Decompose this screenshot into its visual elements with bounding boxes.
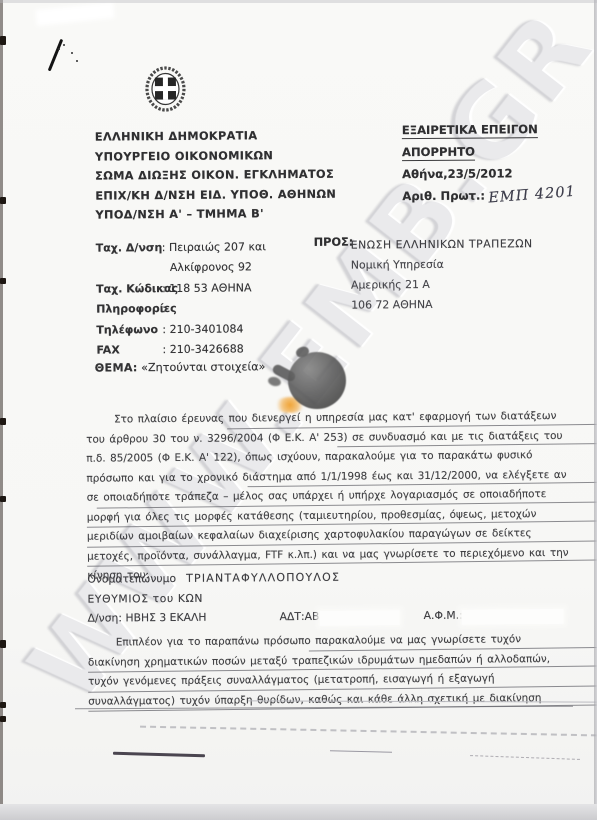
protocol-line: Αριθ. Πρωτ.:ΕΜΠ 4201: [402, 184, 592, 207]
body-line-text: διακίνηση χρηματικών ποσών μεταξύ τραπεζ…: [88, 653, 550, 669]
hellenic-republic-emblem-icon: [143, 64, 187, 116]
header-right-block: ΕΞΑΙΡΕΤΙΚΑ ΕΠΕΙΓΟΝ ΑΠΟΡΡΗΤΟ Αθήνα,23/5/2…: [402, 118, 593, 207]
bomb-body-icon: [288, 352, 346, 409]
contact-row: Ταχ. Κώδικας: 118 53 ΑΘΗΝΑ: [96, 278, 311, 300]
agency-line: ΥΠΟΔ/ΝΣΗ Α' – ΤΜΗΜΑ Β': [95, 204, 336, 225]
person-name-row: ΟνοματεπώνυμοΤΡΙΑΝΤΑΦΥΛΛΟΠΟΥΛΟΣ: [87, 571, 340, 586]
agency-line: ΕΛΛΗΝΙΚΗ ΔΗΜΟΚΡΑΤΙΑ: [95, 126, 336, 147]
body-paragraph-1: Στο πλαίσιο έρευνας που διενεργεί η υπηρ…: [86, 407, 589, 586]
recipient-lines: ΕΝΩΣΗ ΕΛΛΗΝΙΚΩΝ ΤΡΑΠΕΖΩΝΝομική ΥπηρεσίαΑ…: [351, 234, 534, 315]
body-line-text: μεριδίων αμοιβαίων κεφαλαίων διαχείρισης…: [87, 527, 532, 542]
subject-label: ΘΕΜΑ:: [95, 361, 138, 374]
body-line-text: τυχόν γενόμενες πράξεις συναλλάγματος (μ…: [88, 672, 494, 687]
body-line-text: πρόσωπο και για το χρονικό διάστημα από …: [86, 468, 566, 484]
person-firstname-row: ΕΥΘΥΜΙΟΣ του ΚΩΝ: [87, 591, 203, 605]
recipient-line: Νομική Υπηρεσία: [351, 254, 533, 275]
contact-info-block: Ταχ. Δ/νση: Πειραιώς 207 καιΑλκίφρονος 9…: [96, 237, 312, 361]
agency-header-block: ΕΛΛΗΝΙΚΗ ΔΗΜΟΚΡΑΤΙΑΥΠΟΥΡΓΕΙΟ ΟΙΚΟΝΟΜΙΚΩΝ…: [95, 126, 337, 226]
scanned-document-page: WWW.EMB.GR ΕΛΛΗΝΙΚΗ ΔΗΜΟΚΡΑΤΙΑΥΠΟΥΡΓΕΙΟ …: [0, 0, 597, 820]
contact-value: : Πειραιώς 207 και: [162, 237, 266, 258]
contact-label: [96, 258, 162, 279]
agency-line: ΥΠΟΥΡΓΕΙΟ ΟΙΚΟΝΟΜΙΚΩΝ: [95, 145, 336, 166]
person-surname: ΤΡΙΑΝΤΑΦΥΛΛΟΠΟΥΛΟΣ: [186, 571, 340, 585]
body-paragraph-2: Επιπλέον για το παραπάνω πρόσωπο παρακαλ…: [88, 630, 591, 712]
contact-label: Πληροφορίες: [96, 299, 162, 320]
redaction-id-number: [320, 610, 400, 626]
recipient-line: 106 72 ΑΘΗΝΑ: [351, 294, 533, 315]
confidentiality-label: ΑΠΟΡΡΗΤΟ: [402, 140, 592, 163]
protocol-label: Αριθ. Πρωτ.:: [402, 189, 485, 204]
agency-line: ΣΩΜΑ ΔΙΩΞΗΣ ΟΙΚΟΝ. ΕΓΚΛΗΜΑΤΟΣ: [95, 165, 336, 186]
contact-row: Πληροφορίες:: [96, 298, 311, 320]
recipient-line: ΕΝΩΣΗ ΕΛΛΗΝΙΚΩΝ ΤΡΑΠΕΖΩΝ: [351, 234, 533, 255]
urgency-label: ΕΞΑΙΡΕΤΙΚΑ ΕΠΕΙΓΟΝ: [402, 118, 592, 141]
protocol-number-handwritten: ΕΜΠ 4201: [487, 181, 576, 210]
contact-value: : 210-3426688: [162, 339, 243, 360]
recipient-block: ΠΡΟΣ: ΕΝΩΣΗ ΕΛΛΗΝΙΚΩΝ ΤΡΑΠΕΖΩΝΝομική Υπη…: [314, 234, 574, 236]
contact-row: Ταχ. Δ/νση: Πειραιώς 207 και: [96, 237, 311, 259]
body-line-text: του άρθρου 30 του ν. 3296/2004 (Φ Ε.Κ. Α…: [86, 429, 562, 445]
body-line-text: σε οποιαδήποτε τράπεζα – μέλος σας υπάρχ…: [87, 488, 547, 504]
redaction-tax-number: [462, 609, 564, 625]
contact-value: Αλκίφρονος 92: [162, 258, 252, 279]
person-address-row: Δ/νση: ΗΒΗΣ 3 ΕΚΑΛΗ ΑΔΤ:ΑΒ Α.Φ.Μ.:: [88, 608, 588, 625]
agency-line: ΕΠΙΧ/ΚΗ Δ/ΝΣΗ ΕΙΔ. ΥΠΟΘ. ΑΘΗΝΩΝ: [95, 184, 336, 205]
contact-row: Αλκίφρονος 92: [96, 257, 311, 279]
person-id-label: ΑΔΤ:ΑΒ: [280, 610, 320, 623]
bomb-fuse-tip-icon: [267, 375, 282, 387]
contact-label: FAX: [96, 340, 162, 361]
body-line-text: μορφή για όλες τις μορφές κατάθεσης (ταμ…: [87, 508, 537, 524]
body-line-text: π.δ. 85/2005 (Φ Ε.Κ. Α' 122), όπως ισχύο…: [86, 449, 532, 465]
bomb-stamp-graphic: [268, 344, 368, 424]
contact-value: :: [162, 299, 166, 319]
contact-value: : 118 53 ΑΘΗΝΑ: [162, 278, 252, 299]
contact-label: Ταχ. Δ/νση: [96, 238, 162, 259]
person-address: Δ/νση: ΗΒΗΣ 3 ΕΚΑΛΗ: [88, 611, 207, 625]
contact-label: Ταχ. Κώδικας: [96, 279, 162, 300]
recipient-label: ΠΡΟΣ:: [314, 236, 354, 249]
body-line-text: συναλλάγματος) τυχόν ύπαρξη θυρίδων, καθ…: [88, 692, 541, 708]
person-name-label: Ονοματεπώνυμο: [87, 572, 176, 586]
contact-label: Τηλέφωνο: [96, 320, 162, 341]
body-line: συναλλάγματος) τυχόν ύπαρξη θυρίδων, καθ…: [88, 688, 590, 711]
body-line-text: Επιπλέον για το παραπάνω πρόσωπο παρακαλ…: [116, 633, 521, 648]
person-tax-label: Α.Φ.Μ.:: [424, 609, 463, 622]
subject-text: «Ζητούνται στοιχεία»: [138, 360, 266, 374]
contact-row: Τηλέφωνο: 210-3401084: [96, 319, 311, 341]
contact-value: : 210-3401084: [162, 319, 243, 340]
recipient-line: Αμερικής 21 Α: [351, 274, 533, 295]
subject-line: ΘΕΜΑ: «Ζητούνται στοιχεία»: [95, 360, 266, 374]
